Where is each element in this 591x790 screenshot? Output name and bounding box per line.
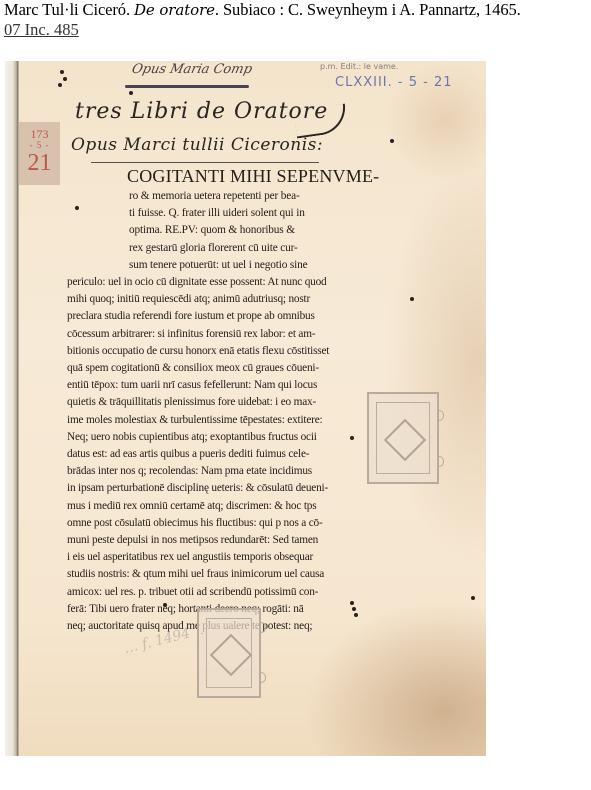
text-line: i eis uel asperitatibus rex uel angustii…: [67, 549, 367, 566]
title-swash: [293, 104, 348, 139]
text-line: quietis & trāquillitatis plenissimus for…: [67, 394, 367, 411]
text-line: Neq; uero nobis cupientibus atq; exoptan…: [67, 429, 367, 446]
text-line: mihi quoq; initiū requiescēdi atq; animū…: [67, 291, 367, 308]
text-line: studiis nostris: & qtum mihi uel fraus i…: [67, 566, 367, 583]
record-title: De oratore: [134, 1, 215, 19]
text-line: mus i mediū rex omniū certamē atq; discr…: [67, 498, 367, 515]
text-line: periculo: uel in ocio cū dignitate esse …: [67, 274, 367, 291]
manuscript-page-image: Opus Maria Comp p.m. Edit.: le vame. CLX…: [5, 61, 486, 756]
text-line: ime moles molestiax & turbulentissime tē…: [67, 412, 367, 429]
text-line: optima. RE.PV: quom & honoribus &: [129, 222, 367, 239]
record-author: Marc Tul·li Ciceró.: [4, 0, 130, 19]
title-underline: [91, 162, 319, 163]
text-line: ro & memoria uetera repetenti per bea-: [129, 188, 367, 205]
text-line: rex gestarū gloria florerent cū uite cur…: [129, 240, 367, 257]
owner-inscription: Opus Maria Comp: [130, 62, 253, 77]
text-line: in ipsam perturbationē disciplinę ueteri…: [67, 480, 367, 497]
wormhole-dot: [163, 603, 167, 607]
wormhole-dot: [410, 297, 414, 301]
wormhole-dot: [390, 139, 394, 143]
stamp-clasp-icon: [437, 410, 444, 421]
wormhole-dot: [350, 436, 354, 440]
stamp-clasp-icon: [437, 456, 444, 467]
wormhole-dot: [63, 77, 67, 81]
text-line: bitionis occupatio de cursu honorx enā e…: [67, 343, 367, 360]
wormhole-dot: [350, 601, 354, 605]
stamp-clasp-icon: [259, 672, 266, 683]
text-line: muni peste depulsi in nos metipsos redun…: [67, 532, 367, 549]
label-bottom: 21: [19, 150, 60, 176]
label-middle: - 5 -: [19, 141, 60, 150]
printed-text-block: COGITANTI MIHI SEPENVME- ro & memoria ue…: [67, 164, 367, 635]
wormhole-dot: [58, 83, 62, 87]
wormhole-dot: [75, 206, 79, 210]
text-line: ti fuisse. Q. frater illi uideri solent …: [129, 205, 367, 222]
wormhole-dot: [354, 613, 358, 617]
text-line: quā spem cogitationū & consiliox meox cū…: [67, 360, 367, 377]
library-label-slip: 173 - 5 - 21: [19, 122, 60, 185]
blue-shelfmark: CLXXIII. - 5 - 21: [335, 75, 453, 90]
wormhole-dot: [471, 596, 475, 600]
text-line: entiū tēpox: tum uarii nrī casus fefelle…: [67, 377, 367, 394]
wormhole-dot: [60, 70, 64, 74]
text-line: cōcessum arbitrarer: si infinitus forens…: [67, 326, 367, 343]
text-line: amicox: uel res. p. tribuet otii ad scri…: [67, 584, 367, 601]
library-stamp-right: [367, 392, 439, 484]
text-line: sum tenere potuerūt: ut uel i negotio si…: [129, 257, 367, 274]
label-top: 173: [19, 127, 60, 141]
record-caption: Marc Tul·li Ciceró. De oratore. Subiaco …: [4, 0, 521, 20]
wormhole-dot: [352, 607, 356, 611]
shelfmark-link[interactable]: 07 Inc. 485: [4, 20, 79, 40]
pencil-note: p.m. Edit.: le vame.: [320, 62, 398, 71]
owner-underline: [125, 85, 249, 88]
record-imprint: . Subiaco : C. Sweynheym i A. Pannartz, …: [215, 0, 521, 19]
text-line: preclara studia referendi fore iustum et…: [67, 308, 367, 325]
wormhole-dot: [129, 91, 133, 95]
handwritten-title-1: tres Libri de Oratore: [75, 99, 328, 124]
text-line: datus est: ad eas artis quibus a pueris …: [67, 446, 367, 463]
library-stamp-bottom: [197, 608, 261, 698]
text-line: omne post cōsulatū obiecimus his fluctib…: [67, 515, 367, 532]
text-line-incipit: COGITANTI MIHI SEPENVME-: [127, 164, 367, 188]
handwritten-title-2: Opus Marci tullii Ciceronis:: [71, 135, 323, 155]
page-binding-edge: [5, 61, 19, 756]
text-line: brādas inter nos q; recolendas: Nam pma …: [67, 463, 367, 480]
